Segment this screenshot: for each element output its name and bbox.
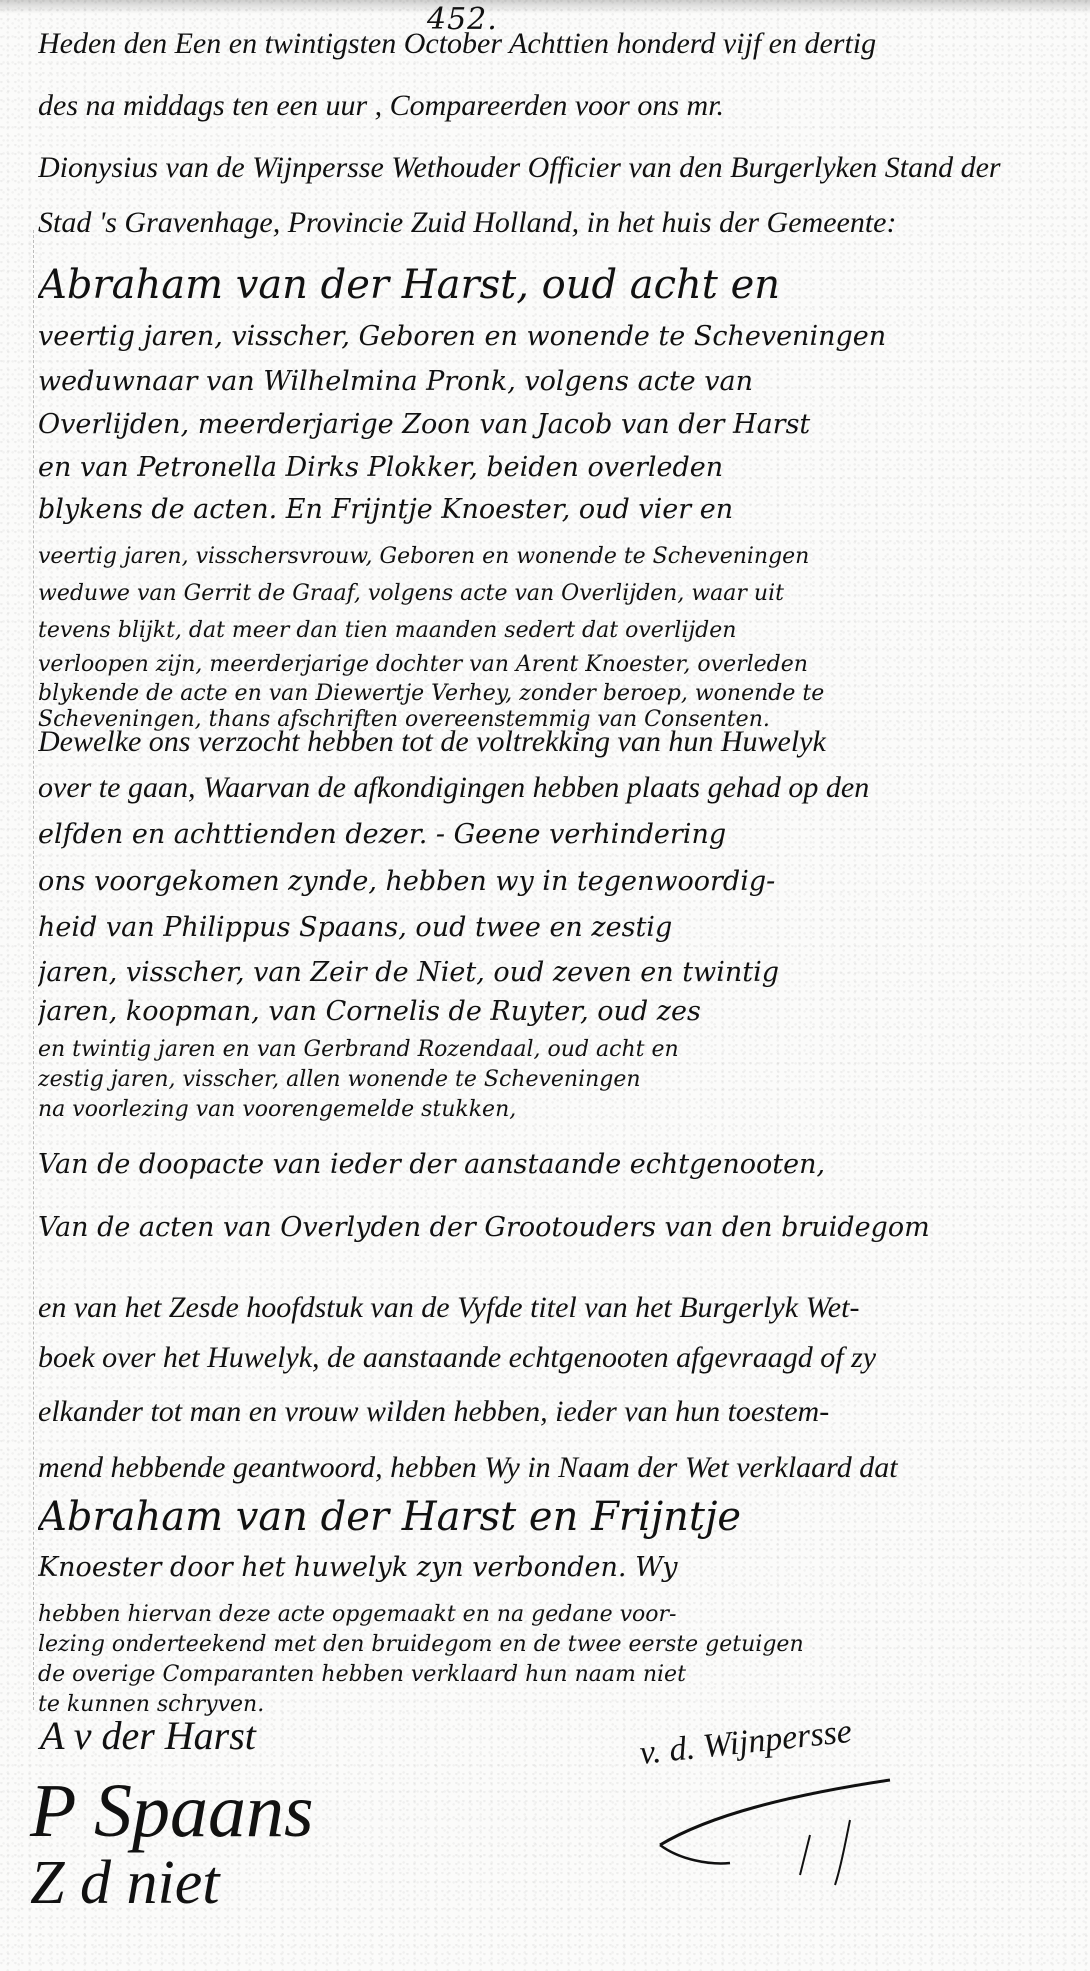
record-line: elkander tot man en vrouw wilden hebben,… [38,1392,1068,1432]
record-line: jaren, visscher, van Zeir de Niet, oud z… [38,953,1068,993]
record-line: Knoester door het huwelyk zyn verbonden.… [38,1548,1068,1588]
signature-flourish-icon [650,1775,950,1895]
record-line: des na middags ten een uur , Compareerde… [38,86,1068,126]
record-line: heid van Philippus Spaans, oud twee en z… [38,908,1068,948]
record-line: boek over het Huwelyk, de aanstaande ech… [38,1338,1068,1378]
record-line: Van de acten van Overlyden der Grootoude… [38,1208,1068,1248]
signature-groom: A v der Harst [40,1712,256,1759]
record-line: weduwe van Gerrit de Graaf, volgens acte… [38,574,1068,614]
record-line: veertig jaren, visscher, Geboren en wone… [38,317,1068,357]
record-line: jaren, koopman, van Cornelis de Ruyter, … [38,992,1068,1032]
record-line: veertig jaren, visschersvrouw, Geboren e… [38,537,1068,577]
bride-name-line: blykens de acten. En Frijntje Knoester, … [38,490,1068,530]
record-line: na voorlezing van voorengemelde stukken, [38,1090,1068,1130]
record-line: Dewelke ons verzocht hebben tot de voltr… [38,722,1068,762]
record-line: elfden en achttienden dezer. - Geene ver… [38,815,1068,855]
record-line: Stad 's Gravenhage, Provincie Zuid Holla… [38,203,1068,243]
record-line: Van de doopacte van ieder der aanstaande… [38,1145,1068,1185]
record-line: Dionysius van de Wijnpersse Wethouder Of… [38,148,1068,188]
record-line: Overlijden, meerderjarige Zoon van Jacob… [38,405,1068,445]
record-line: en van het Zesde hoofdstuk van de Vyfde … [38,1288,1068,1328]
record-line: mend hebbende geantwoord, hebben Wy in N… [38,1448,1068,1488]
record-line: en van Petronella Dirks Plokker, beiden … [38,448,1068,488]
spouses-names-line: Abraham van der Harst en Frijntje [38,1492,1068,1542]
record-line: over te gaan, Waarvan de afkondigingen h… [38,768,1068,808]
signature-witness-spaans: P Spaans [30,1768,314,1855]
groom-name-line: Abraham van der Harst, oud acht en [38,260,1068,310]
record-line: ons voorgekomen zynde, hebben wy in tege… [38,862,1068,902]
signature-witness-niet: Z d niet [30,1848,219,1919]
record-line: weduwnaar van Wilhelmina Pronk, volgens … [38,362,1068,402]
left-margin-rule [33,230,34,1710]
record-line: Heden den Een en twintigsten October Ach… [38,24,1068,64]
scan-top-edge [0,0,1090,14]
